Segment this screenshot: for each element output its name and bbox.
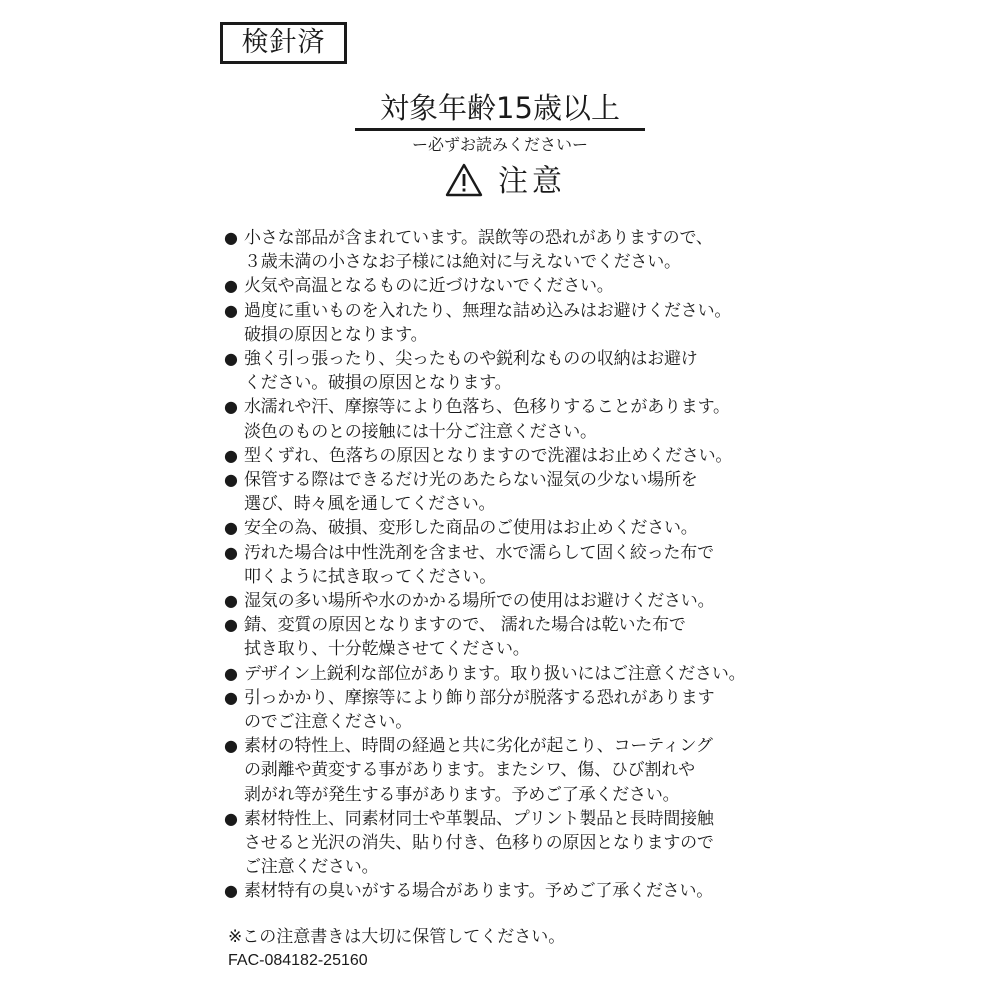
bullet-icon: ● <box>224 347 244 395</box>
list-item: ●素材の特性上、時間の経過と共に劣化が起こり、コーティング の剥離や黄変する事が… <box>224 734 784 807</box>
list-item: ●錆、変質の原因となりますので、 濡れた場合は乾いた布で 拭き取り、十分乾燥させ… <box>224 613 784 661</box>
list-item: ●素材特性上、同素材同士や革製品、プリント製品と長時間接触 させると光沢の消失、… <box>224 807 784 880</box>
list-item: ●保管する際はできるだけ光のあたらない湿気の少ない場所を 選び、時々風を通してく… <box>224 468 784 516</box>
caution-heading: 注意 <box>420 160 590 204</box>
list-item-text: 錆、変質の原因となりますので、 濡れた場合は乾いた布で 拭き取り、十分乾燥させて… <box>244 613 784 661</box>
bullet-icon: ● <box>224 541 244 589</box>
bullet-icon: ● <box>224 686 244 734</box>
bullet-icon: ● <box>224 662 244 686</box>
list-item-text: 汚れた場合は中性洗剤を含ませ、水で濡らして固く絞った布で 叩くように拭き取ってく… <box>244 541 784 589</box>
list-item: ●小さな部品が含まれています。誤飲等の恐れがありますので、 ３歳未満の小さなお子… <box>224 226 784 274</box>
list-item-text: 素材特有の臭いがする場合があります。予めご了承ください。 <box>244 879 784 903</box>
bullet-icon: ● <box>224 395 244 443</box>
warning-triangle-icon <box>444 162 484 202</box>
list-item: ●汚れた場合は中性洗剤を含ませ、水で濡らして固く絞った布で 叩くように拭き取って… <box>224 541 784 589</box>
product-code: FAC-084182-25160 <box>228 949 368 973</box>
list-item-text: 小さな部品が含まれています。誤飲等の恐れがありますので、 ３歳未満の小さなお子様… <box>244 226 784 274</box>
list-item-text: 素材特性上、同素材同士や革製品、プリント製品と長時間接触 させると光沢の消失、貼… <box>244 807 784 880</box>
caution-list: ●小さな部品が含まれています。誤飲等の恐れがありますので、 ３歳未満の小さなお子… <box>224 226 784 904</box>
bullet-icon: ● <box>224 444 244 468</box>
list-item: ●デザイン上鋭利な部位があります。取り扱いにはご注意ください。 <box>224 662 784 686</box>
list-item: ●湿気の多い場所や水のかかる場所での使用はお避けください。 <box>224 589 784 613</box>
bullet-icon: ● <box>224 589 244 613</box>
list-item-text: 保管する際はできるだけ光のあたらない湿気の少ない場所を 選び、時々風を通してくだ… <box>244 468 784 516</box>
bullet-icon: ● <box>224 613 244 661</box>
list-item: ●型くずれ、色落ちの原因となりますので洗濯はお止めください。 <box>224 444 784 468</box>
bullet-icon: ● <box>224 734 244 807</box>
bullet-icon: ● <box>224 516 244 540</box>
list-item-text: 火気や高温となるものに近づけないでください。 <box>244 274 784 298</box>
bullet-icon: ● <box>224 299 244 347</box>
list-item: ●水濡れや汗、摩擦等により色落ち、色移りすることがあります。 淡色のものとの接触… <box>224 395 784 443</box>
bullet-icon: ● <box>224 274 244 298</box>
keep-this-notice-note: ※この注意書きは大切に保管してください。 <box>228 925 565 949</box>
list-item-text: 引っかかり、摩擦等により飾り部分が脱落する恐れがあります のでご注意ください。 <box>244 686 784 734</box>
list-item: ●強く引っ張ったり、尖ったものや鋭利なものの収納はお避け ください。破損の原因と… <box>224 347 784 395</box>
list-item-text: 強く引っ張ったり、尖ったものや鋭利なものの収納はお避け ください。破損の原因とな… <box>244 347 784 395</box>
age-requirement-title: 対象年齢15歳以上 <box>355 88 645 128</box>
list-item: ●素材特有の臭いがする場合があります。予めご了承ください。 <box>224 879 784 903</box>
list-item-text: デザイン上鋭利な部位があります。取り扱いにはご注意ください。 <box>244 662 784 686</box>
list-item-text: 安全の為、破損、変形した商品のご使用はお止めください。 <box>244 516 784 540</box>
list-item: ●過度に重いものを入れたり、無理な詰め込みはお避けください。 破損の原因となりま… <box>224 299 784 347</box>
inspection-stamp: 検針済 <box>220 22 347 64</box>
must-read-subtitle: ー必ずお読みくださいー <box>380 133 620 157</box>
list-item: ●引っかかり、摩擦等により飾り部分が脱落する恐れがあります のでご注意ください。 <box>224 686 784 734</box>
list-item-text: 湿気の多い場所や水のかかる場所での使用はお避けください。 <box>244 589 784 613</box>
list-item-text: 過度に重いものを入れたり、無理な詰め込みはお避けください。 破損の原因となります… <box>244 299 784 347</box>
list-item-text: 水濡れや汗、摩擦等により色落ち、色移りすることがあります。 淡色のものとの接触に… <box>244 395 784 443</box>
title-underline <box>355 128 645 131</box>
bullet-icon: ● <box>224 879 244 903</box>
bullet-icon: ● <box>224 226 244 274</box>
list-item: ●火気や高温となるものに近づけないでください。 <box>224 274 784 298</box>
list-item-text: 型くずれ、色落ちの原因となりますので洗濯はお止めください。 <box>244 444 784 468</box>
caution-heading-text: 注意 <box>498 162 566 202</box>
bullet-icon: ● <box>224 807 244 880</box>
bullet-icon: ● <box>224 468 244 516</box>
list-item-text: 素材の特性上、時間の経過と共に劣化が起こり、コーティング の剥離や黄変する事があ… <box>244 734 784 807</box>
list-item: ●安全の為、破損、変形した商品のご使用はお止めください。 <box>224 516 784 540</box>
